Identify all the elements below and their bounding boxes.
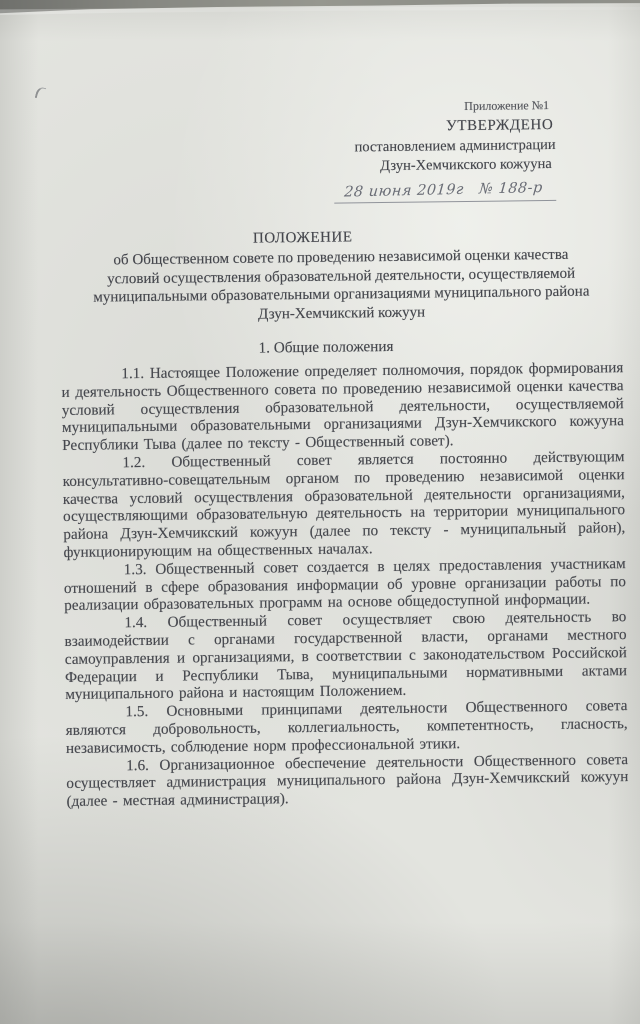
handwritten-date-line: 28 июня 2019г № 188-р — [334, 180, 556, 204]
paragraph-1-2: 1.2. Общественный совет является постоян… — [62, 448, 625, 562]
handwritten-date: 28 июня 2019г № 188-р — [343, 180, 543, 201]
document-body: 1.1. Настоящее Положение определяет полн… — [61, 359, 628, 811]
paragraph-1-3: 1.3. Общественный совет создается в целя… — [64, 555, 627, 615]
approval-block: Приложение №1 УТВЕРЖДЕНО постановлением … — [333, 94, 556, 204]
paragraph-1-4: 1.4. Общественный совет осуществляет сво… — [64, 608, 627, 704]
annex-label: Приложение №1 — [333, 98, 555, 116]
approved-label: УТВЕРЖДЕНО — [333, 117, 555, 137]
pen-mark — [35, 86, 47, 100]
approved-by-line1: постановлением администрации — [334, 137, 556, 157]
section-heading: 1. Общие положения — [45, 335, 607, 360]
document-subtitle: об Общественном совете по проведению нез… — [60, 245, 623, 326]
paragraph-1-1: 1.1. Настоящее Положение определяет полн… — [61, 359, 624, 455]
approved-by-line2: Дзун-Хемчикского кожууна — [334, 156, 556, 176]
paragraph-1-6: 1.6. Организационное обеспечение деятель… — [66, 751, 629, 811]
document-page: Приложение №1 УТВЕРЖДЕНО постановлением … — [58, 93, 629, 811]
paragraph-1-5: 1.5. Основными принципами деятельности О… — [65, 697, 628, 757]
scanned-document-photo: Приложение №1 УТВЕРЖДЕНО постановлением … — [0, 0, 640, 1024]
